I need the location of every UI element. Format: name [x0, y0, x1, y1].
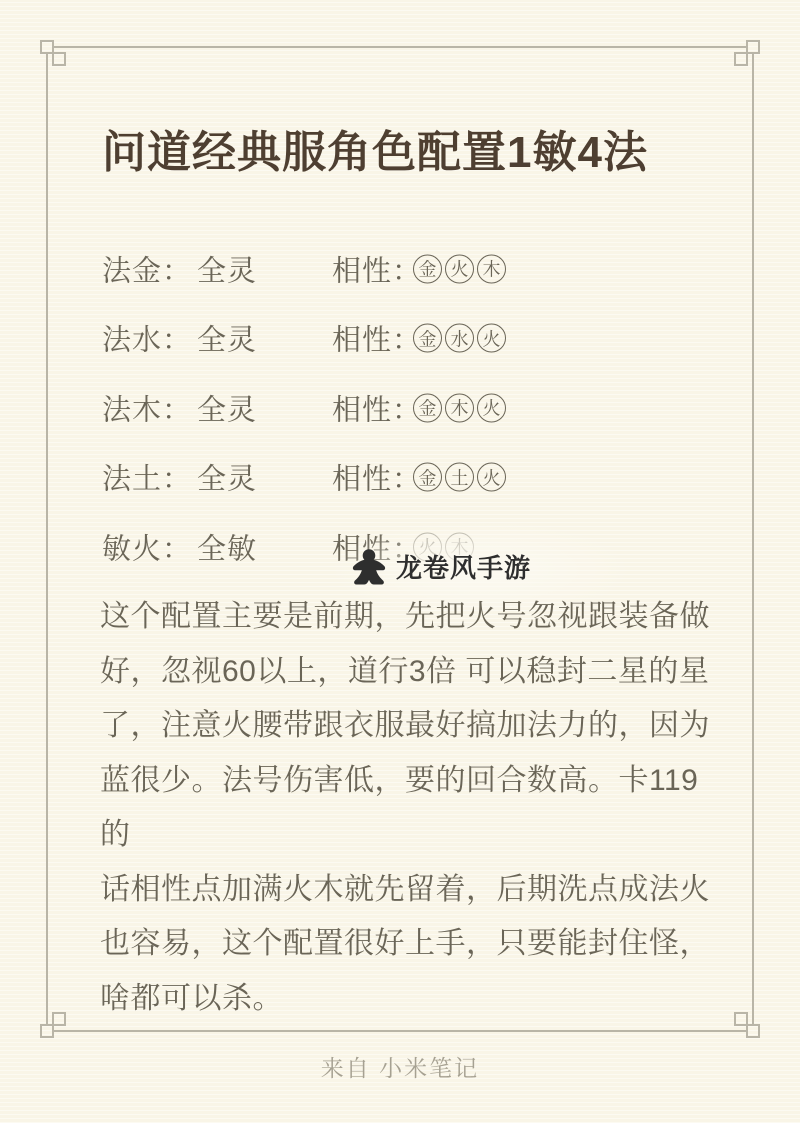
- corner-ornament-top-left: [41, 41, 53, 53]
- element-circle: 土: [445, 463, 474, 492]
- element-circle: 金: [413, 463, 442, 492]
- page-title: 问道经典服角色配置1敏4法: [102, 128, 742, 179]
- stat-allocation: 全灵: [197, 318, 257, 359]
- role-label: 法金：: [102, 248, 192, 289]
- stat-allocation: 全灵: [197, 248, 257, 289]
- config-row: 法土： 全灵 相性： 金土火: [102, 443, 742, 513]
- element-circle: 火: [477, 324, 506, 353]
- role-label: 敏火：: [102, 526, 192, 567]
- element-circle: 火: [477, 463, 506, 492]
- element-circle: 火: [445, 254, 474, 283]
- element-circle: 水: [445, 324, 474, 353]
- element-circle: 金: [413, 324, 442, 353]
- watermark: 龙卷风手游: [348, 545, 531, 587]
- element-circle: 木: [477, 254, 506, 283]
- compatibility-label: 相性：: [332, 387, 422, 428]
- meeple-icon: [348, 545, 390, 587]
- note-page: 问道经典服角色配置1敏4法 法金： 全灵 相性： 金火木 法水： 全灵 相性： …: [0, 0, 800, 1123]
- compatibility-label: 相性：: [332, 318, 422, 359]
- stat-allocation: 全灵: [197, 457, 257, 498]
- element-circles: 金木火: [413, 393, 506, 422]
- element-circle: 木: [445, 393, 474, 422]
- watermark-text: 龙卷风手游: [396, 548, 531, 587]
- element-circles: 金水火: [413, 324, 506, 353]
- stat-allocation: 全敏: [197, 526, 257, 567]
- stat-allocation: 全灵: [197, 387, 257, 428]
- corner-ornament-top-right: [747, 41, 759, 53]
- compatibility-label: 相性：: [332, 248, 422, 289]
- corner-ornament-bottom-right: [747, 1025, 759, 1037]
- compatibility-label: 相性：: [332, 457, 422, 498]
- corner-ornament-bottom-right-inner: [735, 1013, 747, 1025]
- config-row: 法水： 全灵 相性： 金水火: [102, 304, 742, 374]
- element-circle: 金: [413, 254, 442, 283]
- element-circles: 金土火: [413, 463, 506, 492]
- role-label: 法木：: [102, 387, 192, 428]
- role-label: 法土：: [102, 457, 192, 498]
- element-circle: 金: [413, 393, 442, 422]
- corner-ornament-bottom-left-inner: [53, 1013, 65, 1025]
- corner-ornament-top-left-inner: [53, 53, 65, 65]
- element-circles: 金火木: [413, 254, 506, 283]
- corner-ornament-top-right-inner: [735, 53, 747, 65]
- footer-attribution: 来自 小米笔记: [0, 1050, 800, 1083]
- role-label: 法水：: [102, 318, 192, 359]
- body-paragraph: 这个配置主要是前期，先把火号忽视跟装备做 好，忽视60以上，道行3倍 可以稳封二…: [100, 590, 725, 1026]
- config-row: 法木： 全灵 相性： 金木火: [102, 373, 742, 443]
- element-circle: 火: [477, 393, 506, 422]
- corner-ornament-bottom-left: [41, 1025, 53, 1037]
- config-row: 法金： 全灵 相性： 金火木: [102, 234, 742, 304]
- config-list: 法金： 全灵 相性： 金火木 法水： 全灵 相性： 金水火 法木： 全灵 相性：…: [102, 234, 742, 582]
